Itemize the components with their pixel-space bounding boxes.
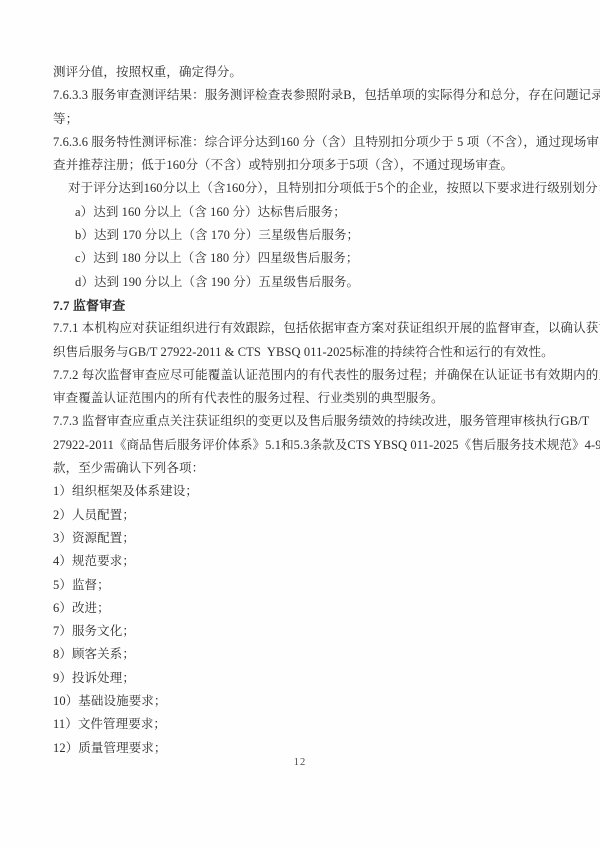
checklist-item-4: 4）规范要求； [53, 550, 548, 573]
clause-7-6-3-3-line-2: 等； [53, 108, 548, 131]
clause-7-6-3-3-line-1: 7.6.3.3 服务审查测评结果：服务测评检查表参照附录B，包括单项的实际得分和… [53, 84, 548, 107]
clause-7-7-1-line-1: 7.7.1 本机构应对获证组织进行有效跟踪，包括依据审查方案对获证组织开展的监督… [53, 317, 548, 340]
page-content: 测评分值，按照权重，确定得分。 7.6.3.3 服务审查测评结果：服务测评检查表… [53, 61, 548, 760]
grade-item-d: d）达到 190 分以上（含 190 分）五星级售后服务。 [53, 271, 548, 294]
checklist-item-7: 7）服务文化； [53, 620, 548, 643]
clause-7-6-3-6-line-1: 7.6.3.6 服务特性测评标准：综合评分达到160 分（含）且特别扣分项少于 … [53, 131, 548, 154]
grade-item-b: b）达到 170 分以上（含 170 分）三星级售后服务； [53, 224, 548, 247]
document-page: 测评分值，按照权重，确定得分。 7.6.3.3 服务审查测评结果：服务测评检查表… [0, 0, 600, 848]
clause-7-7-3-line-3: 款，至少需确认下列各项： [53, 457, 548, 480]
clause-7-7-3-line-2: 27922-2011《商品售后服务评价体系》5.1和5.3条款及CTS YBSQ… [53, 434, 548, 457]
checklist-item-8: 8）顾客关系； [53, 643, 548, 666]
clause-7-6-3-6-line-2: 查并推荐注册；低于160分（不含）或特别扣分项多于5项（含），不通过现场审查。 [53, 154, 548, 177]
clause-7-7-2-line-1: 7.7.2 每次监督审查应尽可能覆盖认证范围内的有代表性的服务过程；并确保在认证… [53, 364, 548, 387]
checklist-item-10: 10）基础设施要求； [53, 690, 548, 713]
grade-item-a: a）达到 160 分以上（含 160 分）达标售后服务； [53, 201, 548, 224]
page-number: 12 [0, 757, 600, 768]
clause-7-7-1-line-2: 织售后服务与GB/T 27922-2011 & CTS YBSQ 011-202… [53, 341, 548, 364]
clause-7-7-3-line-1: 7.7.3 监督审查应重点关注获证组织的变更以及售后服务绩效的持续改进，服务管理… [53, 410, 548, 433]
checklist-item-6: 6）改进； [53, 597, 548, 620]
clause-7-7-2-line-2: 审查覆盖认证范围内的所有代表性的服务过程、行业类别的典型服务。 [53, 387, 548, 410]
grading-intro: 对于评分达到160分以上（含160分），且特别扣分项低于5个的企业，按照以下要求… [53, 177, 548, 200]
paragraph-scoring-continuation: 测评分值，按照权重，确定得分。 [53, 61, 548, 84]
checklist-item-11: 11）文件管理要求； [53, 713, 548, 736]
checklist-item-9: 9）投诉处理； [53, 667, 548, 690]
section-heading-7-7: 7.7 监督审查 [53, 294, 548, 317]
checklist-item-5: 5）监督； [53, 574, 548, 597]
checklist-item-1: 1）组织框架及体系建设； [53, 480, 548, 503]
grade-item-c: c）达到 180 分以上（含 180 分）四星级售后服务； [53, 247, 548, 270]
checklist-item-3: 3）资源配置； [53, 527, 548, 550]
checklist-item-2: 2）人员配置； [53, 504, 548, 527]
